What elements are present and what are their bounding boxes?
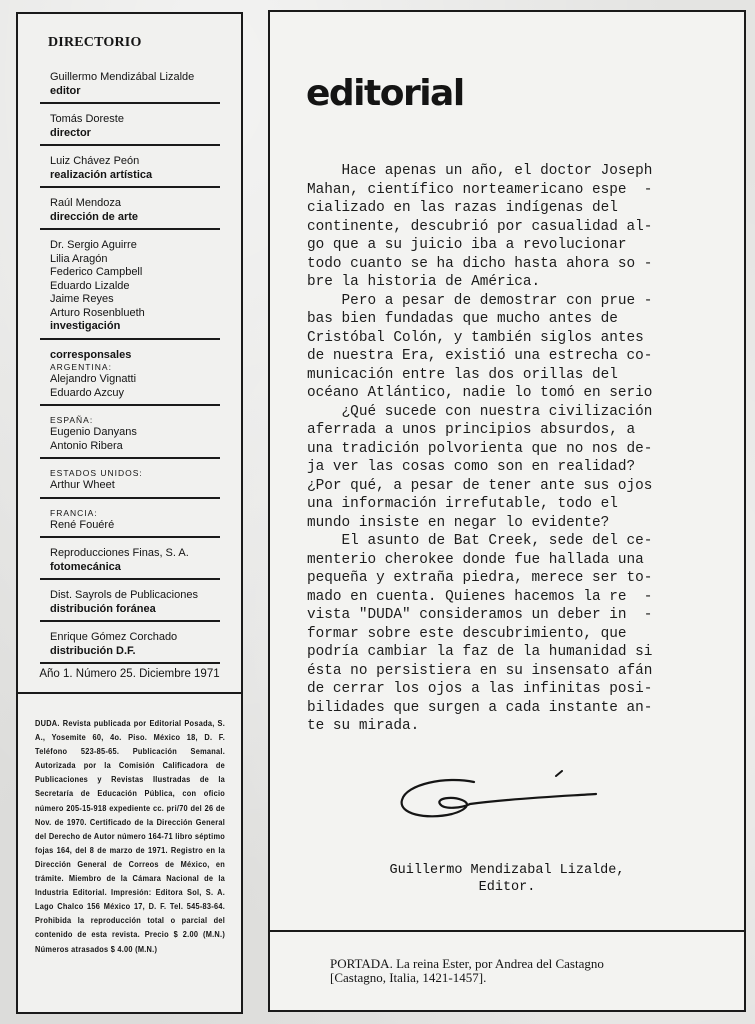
editorial-panel: editorial Hace apenas un año, el doctor … <box>268 10 746 1012</box>
signature-icon <box>396 770 606 830</box>
directory-name: René Fouéré <box>50 519 220 533</box>
editorial-line: ¿Qué sucede con nuestra civilización <box>307 403 727 422</box>
directory-name: Raúl Mendoza <box>50 197 220 211</box>
directory-name: Arthur Wheet <box>50 479 220 493</box>
editorial-line: bas bien fundadas que mucho antes de <box>307 310 727 329</box>
directory-country: ESTADOS UNIDOS: <box>50 468 220 479</box>
editorial-line: ja ver las cosas como son en realidad? <box>307 458 727 477</box>
directory-group: Reproducciones Finas, S. A.fotomecánica <box>40 544 220 580</box>
editorial-line: continente, descubrió por casualidad al- <box>307 218 727 237</box>
directory-name: Dist. Sayrols de Publicaciones <box>50 589 220 603</box>
directory-group: ESPAÑA:Eugenio DanyansAntonio Ribera <box>40 412 220 459</box>
editorial-line: cializado en las razas indígenas del <box>307 199 727 218</box>
directory-name: Arturo Rosenblueth <box>50 307 220 321</box>
editorial-line: Pero a pesar de demostrar con prue - <box>307 292 727 311</box>
editorial-title: editorial <box>306 74 464 114</box>
directory-name: Dr. Sergio Aguirre <box>50 239 220 253</box>
directory-list: Guillermo Mendizábal LizaldeeditorTomás … <box>40 68 220 670</box>
directory-name: Lilia Aragón <box>50 253 220 267</box>
editorial-line: menterio cherokee donde fue hallada una <box>307 551 727 570</box>
directory-role: fotomecánica <box>50 561 220 575</box>
cover-caption: PORTADA. La reina Ester, por Andrea del … <box>330 957 604 985</box>
cover-caption-line-2: [Castagno, Italia, 1421-1457]. <box>330 971 604 985</box>
directory-role: director <box>50 127 220 141</box>
editorial-line: de cerrar los ojos a las infinitas posi- <box>307 680 727 699</box>
editorial-line: municación entre las dos orillas del <box>307 366 727 385</box>
editorial-body: Hace apenas un año, el doctor JosephMaha… <box>307 162 727 736</box>
directory-group: Guillermo Mendizábal Lizaldeeditor <box>40 68 220 104</box>
directory-country: ESPAÑA: <box>50 415 220 426</box>
editorial-line: mado en cuenta. Quienes hacemos la re - <box>307 588 727 607</box>
directory-group: Dr. Sergio AguirreLilia AragónFederico C… <box>40 236 220 340</box>
signer-name: Guillermo Mendizabal Lizalde, <box>390 863 625 878</box>
editorial-line: te su mirada. <box>307 717 727 736</box>
editorial-line: Mahan, científico norteamericano espe - <box>307 181 727 200</box>
directory-role: editor <box>50 85 220 99</box>
editorial-line: una tradición polvorienta que no nos de- <box>307 440 727 459</box>
directory-name: Reproducciones Finas, S. A. <box>50 547 220 561</box>
editorial-line: de nuestra Era, existió una estrecha co- <box>307 347 727 366</box>
legal-notice: DUDA. Revista publicada por Editorial Po… <box>35 716 225 956</box>
editorial-line: océano Atlántico, nadie lo tomó en serio <box>307 384 727 403</box>
directory-name: Tomás Doreste <box>50 113 220 127</box>
directory-name: Eugenio Danyans <box>50 426 220 440</box>
directory-group: FRANCIA:René Fouéré <box>40 505 220 539</box>
editorial-line: podría cambiar la faz de la humanidad si <box>307 643 727 662</box>
editorial-line: vista "DUDA" consideramos un deber in - <box>307 606 727 625</box>
directory-country: ARGENTINA: <box>50 362 220 373</box>
directory-name: Federico Campbell <box>50 266 220 280</box>
editorial-line: bre la historia de América. <box>307 273 727 292</box>
signer-block: Guillermo Mendizabal Lizalde, Editor. <box>270 862 744 896</box>
directory-country: FRANCIA: <box>50 508 220 519</box>
directory-name: Eduardo Lizalde <box>50 280 220 294</box>
editorial-section: editorial Hace apenas un año, el doctor … <box>270 12 744 932</box>
directory-heading: corresponsales <box>50 349 220 363</box>
editorial-line: ¿Por qué, a pesar de tener ante sus ojos <box>307 477 727 496</box>
directory-name: Eduardo Azcuy <box>50 387 220 401</box>
directory-name: Antonio Ribera <box>50 440 220 454</box>
directory-section: DIRECTORIO Guillermo Mendizábal Lizaldee… <box>18 14 241 694</box>
editorial-line: Hace apenas un año, el doctor Joseph <box>307 162 727 181</box>
directory-name: Luiz Chávez Peón <box>50 155 220 169</box>
directory-group: Tomás Dorestedirector <box>40 110 220 146</box>
editorial-line: aferrada a unos principios absurdos, a <box>307 421 727 440</box>
editorial-line: El asunto de Bat Creek, sede del ce- <box>307 532 727 551</box>
directory-title: DIRECTORIO <box>48 35 142 51</box>
issue-info: Año 1. Número 25. Diciembre 1971 <box>18 668 241 680</box>
editorial-line: Cristóbal Colón, y también siglos antes <box>307 329 727 348</box>
directory-group: Luiz Chávez Peónrealización artística <box>40 152 220 188</box>
directory-group: corresponsalesARGENTINA:Alejandro Vignat… <box>40 346 220 407</box>
editorial-line: go que a su juicio iba a revolucionar <box>307 236 727 255</box>
directory-group: ESTADOS UNIDOS:Arthur Wheet <box>40 465 220 499</box>
directory-group: Enrique Gómez Corchadodistribución D.F. <box>40 628 220 664</box>
editorial-line: mundo insiste en negar lo evidente? <box>307 514 727 533</box>
directory-name: Enrique Gómez Corchado <box>50 631 220 645</box>
directory-role: investigación <box>50 320 220 334</box>
editorial-line: ésta no persistiera en su insensato afán <box>307 662 727 681</box>
editorial-line: pequeña y extraña piedra, merece ser to- <box>307 569 727 588</box>
directory-name: Guillermo Mendizábal Lizalde <box>50 71 220 85</box>
directory-group: Raúl Mendozadirección de arte <box>40 194 220 230</box>
directory-group: Dist. Sayrols de Publicacionesdistribuci… <box>40 586 220 622</box>
directory-role: dirección de arte <box>50 211 220 225</box>
cover-caption-line-1: PORTADA. La reina Ester, por Andrea del … <box>330 957 604 971</box>
directory-role: distribución foránea <box>50 603 220 617</box>
editorial-line: una información irrefutable, todo el <box>307 495 727 514</box>
directory-role: realización artística <box>50 169 220 183</box>
editorial-line: formar sobre este descubrimiento, que <box>307 625 727 644</box>
directory-name: Jaime Reyes <box>50 293 220 307</box>
directory-panel: DIRECTORIO Guillermo Mendizábal Lizaldee… <box>16 12 243 1014</box>
editorial-line: todo cuanto se ha dicho hasta ahora so - <box>307 255 727 274</box>
directory-role: distribución D.F. <box>50 645 220 659</box>
signer-title: Editor. <box>479 880 536 895</box>
editorial-line: bilidades que surgen a cada instante an- <box>307 699 727 718</box>
directory-name: Alejandro Vignatti <box>50 373 220 387</box>
